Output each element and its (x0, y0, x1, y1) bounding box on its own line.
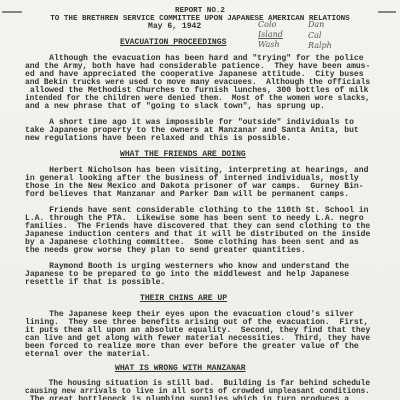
paragraph-line: the needs grow worse they plan to send g… (25, 247, 306, 255)
paragraph-line: eternal over the material. (25, 351, 151, 359)
handwritten-note: Ralph (308, 41, 332, 50)
section-heading: WHAT IS WRONG WITH MANZANAR (115, 365, 246, 373)
paragraph-line: resettle if that is possible. (25, 279, 165, 287)
paragraph-line: new regulations have been relaxed and th… (25, 135, 291, 143)
section-heading: THEIR CHINS ARE UP (140, 295, 227, 303)
handwritten-note: Cal (308, 31, 321, 40)
paragraph-line: and a new phrase that of "going to slack… (25, 103, 325, 111)
handwritten-note: Island (258, 30, 283, 39)
handwritten-note: Dan (308, 20, 324, 29)
paragraph-line: ford believes that Manzanar and Parker D… (25, 191, 349, 199)
section-heading: WHAT THE FRIENDS ARE DOING (120, 151, 246, 159)
handwritten-note: Colo (258, 20, 276, 29)
document-page: REPORT NO.2 TO THE BRETHREN SERVICE COMM… (0, 0, 400, 400)
report-number: REPORT NO.2 (0, 7, 400, 15)
paragraph-line: The great bottleneck is plumbing supplie… (25, 396, 349, 400)
report-date: May 6, 1942 (148, 23, 201, 31)
section-heading: EVACUATION PROCEEDINGS (120, 39, 226, 47)
handwritten-note: Wash (258, 40, 280, 49)
